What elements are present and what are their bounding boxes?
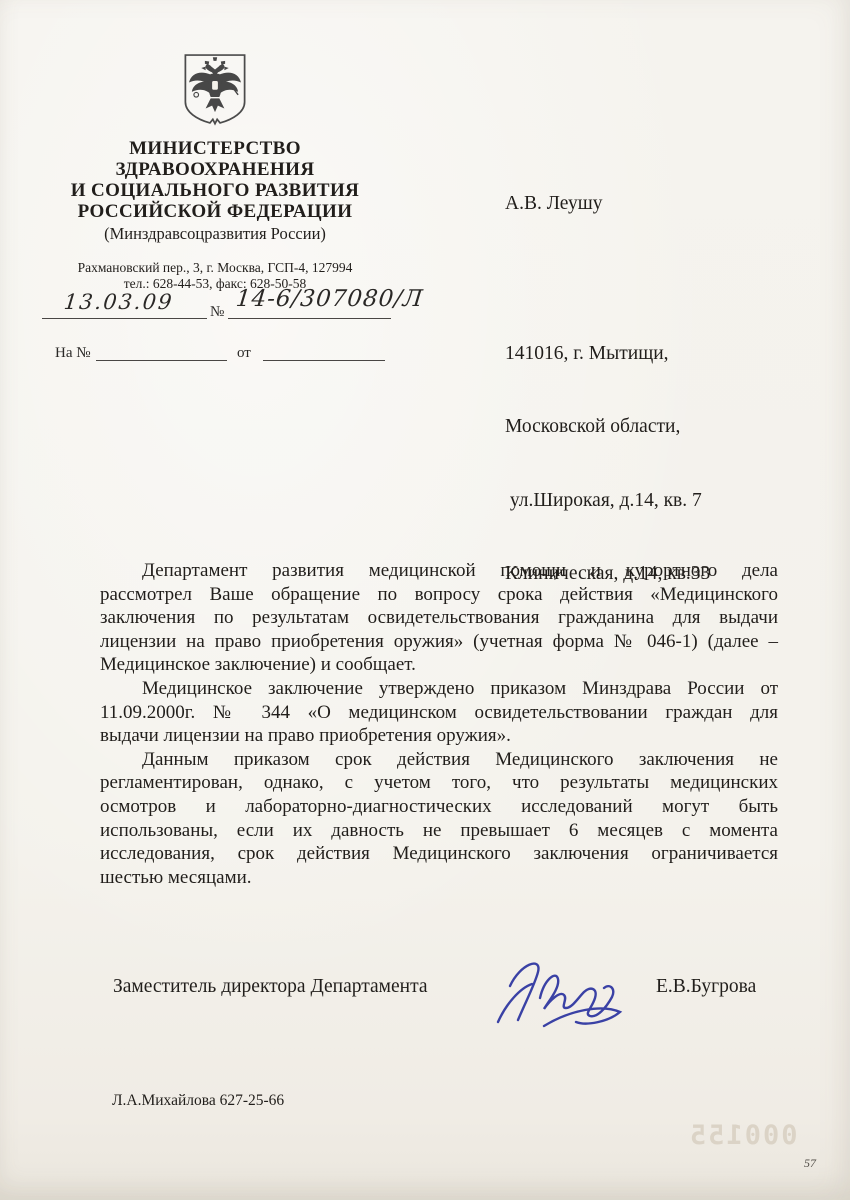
body-line: выдачи лицензии на право приобретения ор… bbox=[100, 724, 778, 748]
handwritten-signature bbox=[486, 946, 638, 1046]
russia-coat-of-arms-icon bbox=[178, 50, 252, 128]
reference-date-underline bbox=[263, 360, 385, 361]
recipient-gap bbox=[505, 266, 710, 293]
body-line: Департамент развития медицинской помощи … bbox=[100, 559, 778, 583]
handwritten-date: 13.03.09 bbox=[63, 290, 175, 314]
signoff-name: Е.В.Бугрова bbox=[656, 976, 756, 998]
page-number: 57 bbox=[804, 1156, 816, 1171]
body-line: Медицинское заключение) и сообщает. bbox=[100, 653, 778, 677]
body-line: шестью месяцами. bbox=[100, 866, 778, 890]
signoff-title: Заместитель директора Департамента bbox=[113, 976, 428, 998]
handwritten-outgoing-number: 14-6/307080/Л bbox=[235, 286, 425, 312]
body-line: Данным приказом срок действия Медицинско… bbox=[100, 748, 778, 772]
scanned-letter-page: МИНИСТЕРСТВО ЗДРАВООХРАНЕНИЯ И СОЦИАЛЬНО… bbox=[0, 0, 850, 1200]
reference-date-label: от bbox=[237, 345, 251, 362]
body-line: регламентирован, однако, с учетом того, … bbox=[100, 771, 778, 795]
body-line: заключения по результатам освидетельство… bbox=[100, 606, 778, 630]
letterhead: МИНИСТЕРСТВО ЗДРАВООХРАНЕНИЯ И СОЦИАЛЬНО… bbox=[40, 50, 390, 292]
body-line: лицензии на право приобретения оружия» (… bbox=[100, 630, 778, 654]
executor-contact: Л.А.Михайлова 627-25-66 bbox=[112, 1092, 284, 1110]
ministry-short-name: (Минздравсоцразвития России) bbox=[40, 224, 390, 244]
reference-number-underline bbox=[96, 360, 227, 361]
ministry-name-line: И СОЦИАЛЬНОГО РАЗВИТИЯ bbox=[40, 180, 390, 201]
recipient-address-line: ул.Широкая, д.14, кв. 7 bbox=[505, 489, 710, 514]
body-line: осмотров и лабораторно-диагностических и… bbox=[100, 795, 778, 819]
body-line: 11.09.2000г. № 344 «О медицинском освиде… bbox=[100, 701, 778, 725]
body-line: исследования, срок действия Медицинского… bbox=[100, 842, 778, 866]
letterhead-address: Рахмановский пер., 3, г. Москва, ГСП-4, … bbox=[40, 260, 390, 276]
date-underline bbox=[42, 318, 207, 319]
ministry-name-line: МИНИСТЕРСТВО bbox=[40, 138, 390, 159]
letter-body: Департамент развития медицинской помощи … bbox=[100, 559, 778, 889]
body-line: рассмотрел Ваше обращение по вопросу сро… bbox=[100, 583, 778, 607]
body-line: использованы, если их давность не превыш… bbox=[100, 819, 778, 843]
ministry-name-line: ЗДРАВООХРАНЕНИЯ bbox=[40, 159, 390, 180]
number-sign-label: № bbox=[210, 304, 224, 321]
ministry-name-line: РОССИЙСКОЙ ФЕДЕРАЦИИ bbox=[40, 201, 390, 222]
recipient-name: А.В. Леушу bbox=[505, 192, 710, 217]
recipient-address-line: 141016, г. Мытищи, bbox=[505, 342, 710, 367]
reference-number-label: На № bbox=[55, 345, 91, 362]
recipient-address-line: Московской области, bbox=[505, 415, 710, 440]
body-line: Медицинское заключение утверждено приказ… bbox=[100, 677, 778, 701]
number-underline bbox=[228, 318, 391, 319]
bleed-through-stamp-number: 000155 bbox=[688, 1120, 798, 1151]
